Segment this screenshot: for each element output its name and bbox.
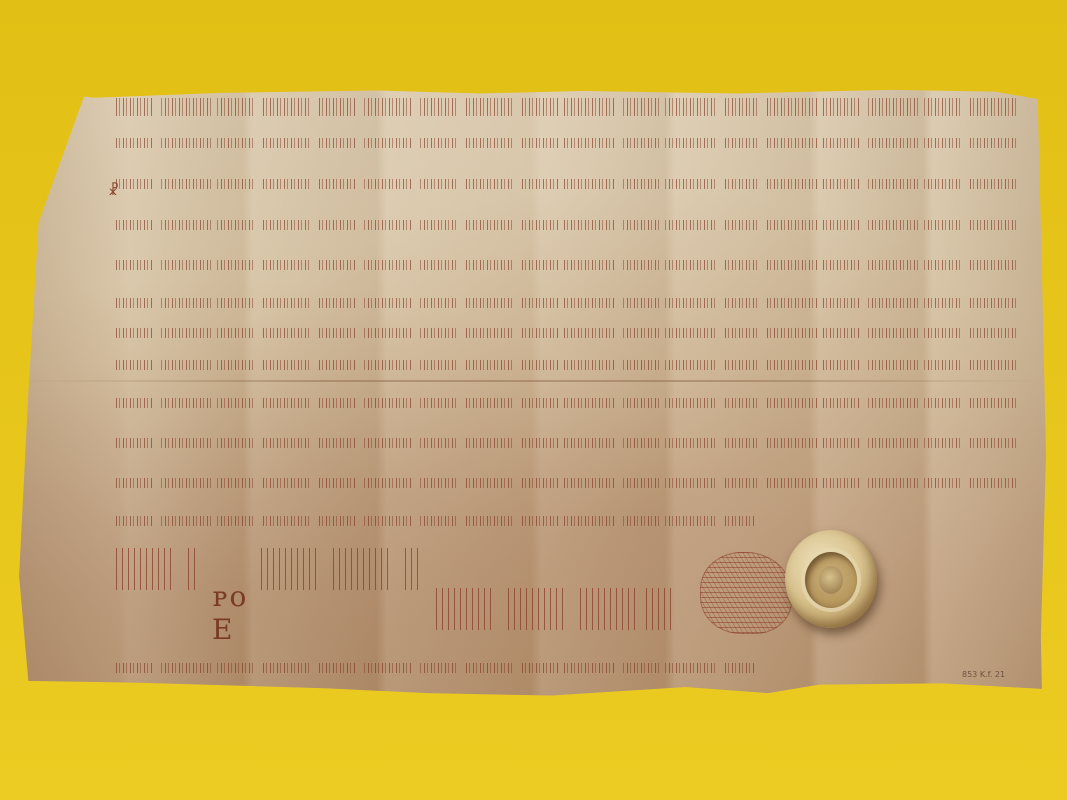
wax-seal: [785, 530, 877, 628]
seal-impression: [805, 552, 857, 608]
photo-stage: ☧ ᴘᴏ E 853 K.f. 21: [0, 0, 1067, 800]
elongated-script-signature: [116, 548, 196, 590]
text-line-2: [116, 138, 1016, 148]
archival-shelfmark: 853 K.f. 21: [962, 670, 1005, 679]
text-line-3: [116, 179, 1016, 189]
text-line-8: [116, 360, 1021, 370]
seal-portrait: [819, 566, 843, 594]
text-line-4: [116, 220, 1021, 230]
elongated-script-line-a: [261, 548, 421, 590]
royal-monogram: ᴘᴏ E: [212, 580, 262, 620]
parchment-charter: ☧: [16, 88, 1046, 698]
dating-clause: [116, 663, 756, 673]
recognition-sign: [700, 552, 792, 634]
horizontal-fold-line: [16, 380, 1046, 382]
text-line-5: [116, 260, 1021, 270]
elongated-script-line-b: [436, 588, 676, 630]
text-line-7: [116, 328, 1021, 338]
text-line-11: [116, 478, 1021, 488]
text-line-10: [116, 438, 1021, 448]
text-line-6: [116, 298, 1021, 308]
text-line-1: [116, 98, 1016, 116]
text-line-9: [116, 398, 1021, 408]
text-line-12: [116, 516, 756, 526]
